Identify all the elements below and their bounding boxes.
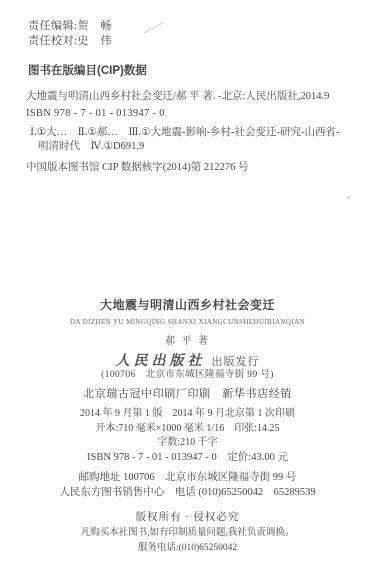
scan-artifact-slash bbox=[144, 22, 164, 33]
isbn-price-line: ISBN 978 - 7 - 01 - 013947 - 0 定价:43.00 … bbox=[0, 452, 375, 465]
service-phone-line: 服务电话:(010)65250042 bbox=[0, 543, 375, 554]
book-title-pinyin: DA DIZHEN YU MINGQING SHANXI XIANGCUNSHE… bbox=[0, 318, 375, 326]
book-title: 大地震与明清山西乡村社会变迁 bbox=[0, 298, 375, 312]
quality-exchange-notice: 凡购买本社图书,如有印制质量问题,我社负责调换。 bbox=[0, 528, 375, 539]
responsible-editor-line: 责任编辑:贺 畅 bbox=[28, 19, 112, 34]
scan-artifact-speck bbox=[347, 196, 350, 199]
printer-distributor-line: 北京瑞古冠中印刷厂印刷 新华书店经销 bbox=[0, 388, 375, 401]
sales-center-phone-line: 人民东方图书销售中心 电话 (010)65250042 65289539 bbox=[0, 487, 375, 500]
cip-classification-line1: Ⅰ.①大… Ⅱ.①郝… Ⅲ.①大地震-影响-乡村-社会变迁-研究-山西省- bbox=[30, 127, 340, 140]
cip-isbn-line: ISBN 978 - 7 - 01 - 013947 - 0 bbox=[26, 108, 165, 121]
cip-entry-line: 大地震与明清山西乡村社会变迁/郝 平 著. -北京:人民出版社,2014.9 bbox=[26, 91, 329, 104]
format-sheets-line: 开本:710 毫米×1000 毫米 1/16 印张:14.25 bbox=[0, 423, 375, 435]
book-copyright-page: 责任编辑:贺 畅 责任校对:史 伟 图书在版编目(CIP)数据 大地震与明清山西… bbox=[0, 0, 375, 576]
cip-classification-line2: 明清时代 Ⅳ.①D691.9 bbox=[38, 141, 144, 154]
book-author: 郝 平 著 bbox=[0, 336, 375, 348]
publisher-address: (100706 北京市东城区隆福寺街 99 号) bbox=[0, 370, 375, 381]
publish-release-label: 出版发行 bbox=[212, 356, 260, 368]
responsible-proofreader-line: 责任校对:史 伟 bbox=[28, 34, 112, 49]
cip-record-number-line: 中国版本图书馆 CIP 数据核字(2014)第 212276 号 bbox=[26, 162, 248, 175]
word-count-line: 字数:210 千字 bbox=[0, 437, 375, 449]
staff-credits: 责任编辑:贺 畅 责任校对:史 伟 bbox=[28, 19, 112, 49]
cip-header: 图书在版编目(CIP)数据 bbox=[28, 65, 147, 79]
mail-order-address-line: 邮购地址 100706 北京市东城区隆福寺街 99 号 bbox=[0, 472, 375, 485]
publisher-logo: 人民出版社 bbox=[116, 354, 206, 369]
copyright-rights-notice: 版权所有 · 侵权必究 bbox=[0, 512, 375, 525]
publisher-row: 人民出版社出版发行 bbox=[0, 354, 375, 371]
edition-printing-line: 2014 年 9 月第 1 版 2014 年 9 月北京第 1 次印刷 bbox=[0, 408, 375, 420]
